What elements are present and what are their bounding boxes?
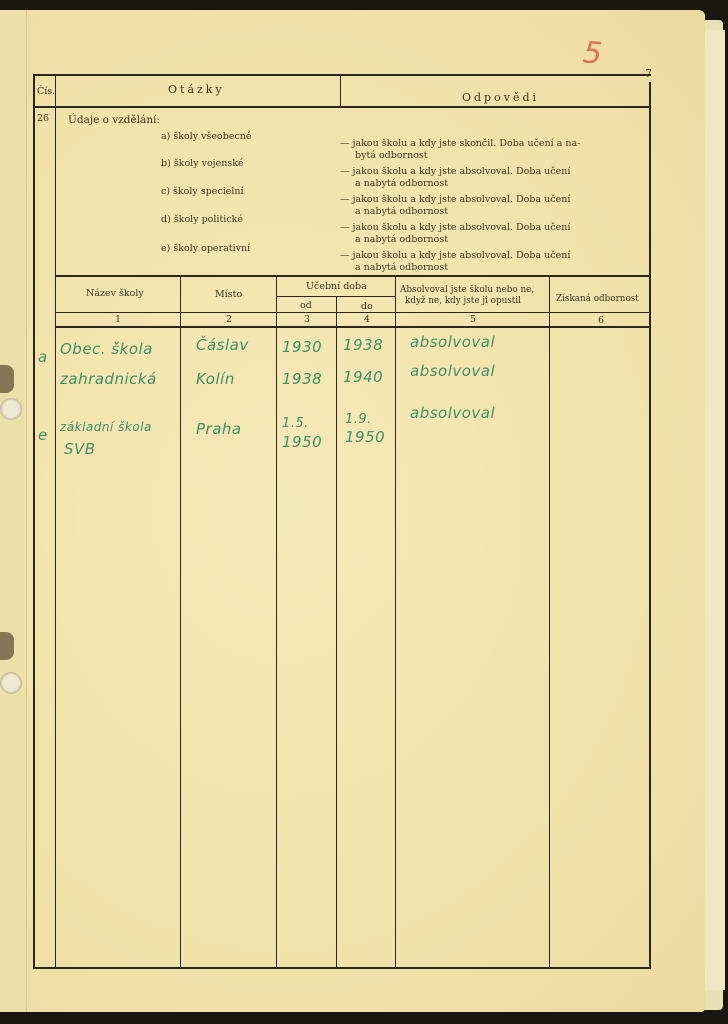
- column-number: 2: [226, 314, 232, 326]
- cell-school-line2: SVB: [64, 440, 96, 458]
- column-divider: [276, 277, 277, 968]
- column-number: 5: [470, 314, 476, 326]
- cell-school: Obec. škola: [60, 340, 153, 358]
- education-item-label: b) školy vojenské: [161, 158, 244, 170]
- cell-to: 1938: [343, 336, 383, 354]
- education-item-answer: — jakou školu a kdy jste absolvoval. Dob…: [340, 250, 570, 262]
- column-divider: [549, 277, 550, 968]
- cell-completed: absolvoval: [410, 362, 495, 380]
- binder-ring-rust: [0, 632, 14, 660]
- education-item-answer: a nabytá odbornost: [355, 178, 448, 190]
- cell-completed: absolvoval: [410, 333, 495, 351]
- cell-place: Kolín: [196, 370, 235, 388]
- subheader-divider: [277, 296, 395, 297]
- row-marker: e: [38, 426, 48, 444]
- column-header-place: Místo: [215, 289, 242, 301]
- cell-school: zahradnická: [60, 370, 157, 388]
- cell-place: Praha: [196, 420, 242, 438]
- punch-hole-icon: [0, 398, 22, 420]
- education-item-answer: — jakou školu a kdy jste absolvoval. Dob…: [340, 222, 570, 234]
- cell-place: Čáslav: [196, 336, 249, 354]
- cell-from-line2: 1950: [282, 433, 322, 451]
- row-marker: a: [38, 348, 48, 366]
- document-page: [0, 10, 705, 1012]
- number-header: Čís.: [37, 86, 55, 98]
- header-divider: [340, 76, 341, 108]
- cell-to-line2: 1950: [345, 428, 385, 446]
- margin-mark: 5: [581, 35, 604, 72]
- education-item-answer: a nabytá odbornost: [355, 262, 448, 274]
- answers-header: Odpovědi: [462, 92, 539, 104]
- column-divider: [336, 296, 337, 968]
- education-item-answer: — jakou školu a kdy jste skončil. Doba u…: [340, 138, 580, 150]
- punch-hole-icon: [0, 672, 22, 694]
- column-header-qualification: Získaná odbornost: [556, 293, 639, 305]
- column-header-from: od: [300, 300, 312, 312]
- education-item-answer: bytá odbornost: [355, 150, 428, 162]
- education-item-label: e) školy operativní: [161, 243, 250, 255]
- number-row-divider: [55, 326, 651, 328]
- cell-completed: absolvoval: [410, 404, 495, 422]
- column-header-school: Název školy: [86, 288, 144, 300]
- column-divider: [180, 277, 181, 968]
- cell-from: 1938: [282, 370, 322, 388]
- education-item-answer: a nabytá odbornost: [355, 234, 448, 246]
- education-item-label: d) školy politické: [161, 214, 243, 226]
- cell-to: 1940: [343, 368, 383, 386]
- cell-from: 1.5.: [282, 416, 309, 431]
- column-header-to: do: [361, 301, 373, 313]
- table-top-border: [33, 74, 651, 76]
- number-column-divider: [55, 74, 56, 969]
- column-number: 3: [304, 314, 310, 326]
- question-block-bottom: [55, 275, 651, 277]
- table-right-border: [649, 82, 651, 969]
- cell-school: základní škola: [60, 420, 152, 434]
- cell-from: 1930: [282, 338, 322, 356]
- table-left-border: [33, 74, 35, 969]
- header-bottom-border: [33, 106, 651, 108]
- column-header-study-period: Učební doba: [306, 281, 367, 293]
- binder-ring-rust: [0, 365, 14, 393]
- table-bottom-border: [33, 967, 651, 969]
- education-item-answer: — jakou školu a kdy jste absolvoval. Dob…: [340, 166, 570, 178]
- binding-margin: [0, 10, 27, 1012]
- cell-to: 1.9.: [345, 412, 372, 427]
- column-divider: [395, 277, 396, 968]
- education-item-answer: — jakou školu a kdy jste absolvoval. Dob…: [340, 194, 570, 206]
- header-row-divider: [55, 312, 651, 313]
- column-header-completed-line2: když ne, kdy jste ji opustil: [405, 295, 521, 307]
- questions-header: Otázky: [168, 84, 225, 96]
- question-number: 26: [37, 113, 49, 125]
- column-number: 1: [115, 314, 121, 326]
- education-item-label: c) školy specielní: [161, 186, 244, 198]
- education-item-answer: a nabytá odbornost: [355, 206, 448, 218]
- column-number: 6: [598, 315, 604, 327]
- education-item-label: a) školy všeobecné: [161, 131, 252, 143]
- question-title: Údaje o vzdělání:: [68, 114, 160, 126]
- column-number: 4: [364, 314, 370, 326]
